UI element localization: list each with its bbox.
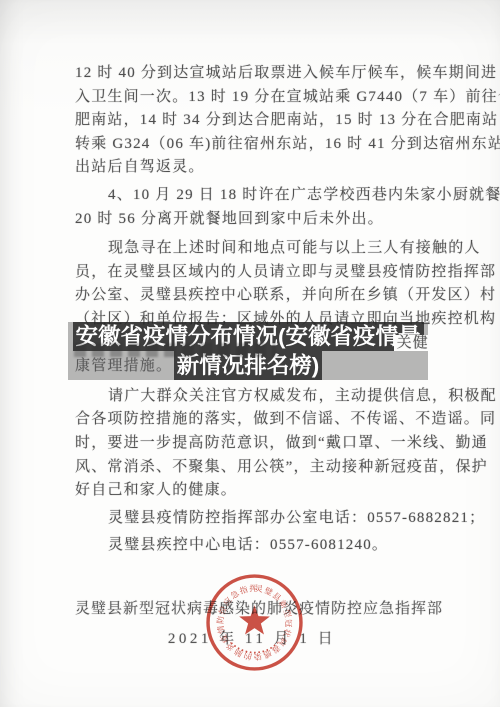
document-line: 12 时 40 分到达宣城站后取票进入候车厅候车，候车期间进 xyxy=(75,62,429,86)
document-line: 员，在灵璧县区域内的人员请立即与灵璧县疫情防控指挥部 xyxy=(75,261,429,285)
document-line: 灵璧县疾控中心电话：0557-6081240。 xyxy=(75,534,429,558)
document-line: 请广大群众关注官方权威发布，主动提供信息，积极配 xyxy=(75,385,429,409)
paragraph: 12 时 40 分到达宣城站后取票进入候车厅候车，候车期间进入卫生间一次。13 … xyxy=(75,62,429,180)
document-line: 灵璧县疫情防控指挥部办公室电话：0557-6882821； xyxy=(75,507,429,531)
document-line: 转乘 G324（06 车)前往宿州东站，16 时 41 分到达宿州东站， xyxy=(75,133,429,157)
document-line: 风、常消杀、不聚集、用公筷”，主动接种新冠疫苗，保护 xyxy=(75,456,429,480)
document-line: 办公室、灵璧县疾控中心联系，并向所在乡镇（开发区）村 xyxy=(75,284,429,308)
document-body: 12 时 40 分到达宣城站后取票进入候车厅候车，候车期间进入卫生间一次。13 … xyxy=(75,62,429,558)
document-line: 入卫生间一次。13 时 19 分在宣城站乘 G7440（7 车）前往合 xyxy=(75,86,429,110)
star-icon xyxy=(239,605,270,634)
document-line: 合各项防控措施的落实，做到不信谣、不传谣、不造谣。同 xyxy=(75,408,429,432)
document-line: 4、10 月 29 日 18 时许在广志学校西巷内朱家小厨就餐， xyxy=(75,184,429,208)
obscured-line-fragment-text: 关健 xyxy=(394,335,429,351)
obscured-line-visible-fragment: 关健 xyxy=(75,332,429,356)
document-line: 现急寻在上述时间和地点可能与以上三人有接触的人 xyxy=(75,237,429,261)
document-line: 好自己和家人的健康。 xyxy=(75,479,429,503)
document-line: 出站后自驾返灵。 xyxy=(75,156,429,180)
scanned-document-page: 12 时 40 分到达宣城站后取票进入候车厅候车，候车期间进入卫生间一次。13 … xyxy=(0,0,500,707)
paragraph: 请广大群众关注官方权威发布，主动提供信息，积极配合各项防控措施的落实，做到不信谣… xyxy=(75,385,429,503)
paragraph: 灵璧县疫情防控指挥部办公室电话：0557-6882821； xyxy=(75,507,429,531)
paragraph: 4、10 月 29 日 18 时许在广志学校西巷内朱家小厨就餐，20 时 56 … xyxy=(75,184,429,231)
official-seal-stamp: 灵璧县新型冠状病毒感染的肺炎疫情防控应急指挥部 xyxy=(204,572,305,673)
document-line: 肥南站，14 时 34 分到达合肥南站，15 时 13 分在合肥南站 xyxy=(75,109,429,133)
document-line: 时，要进一步提高防范意识，做到“戴口罩、一米线、勤通 xyxy=(75,432,429,456)
paragraph: 灵璧县疾控中心电话：0557-6081240。 xyxy=(75,534,429,558)
document-line: 20 时 56 分离开就餐地回到家中后未外出。 xyxy=(75,208,429,232)
